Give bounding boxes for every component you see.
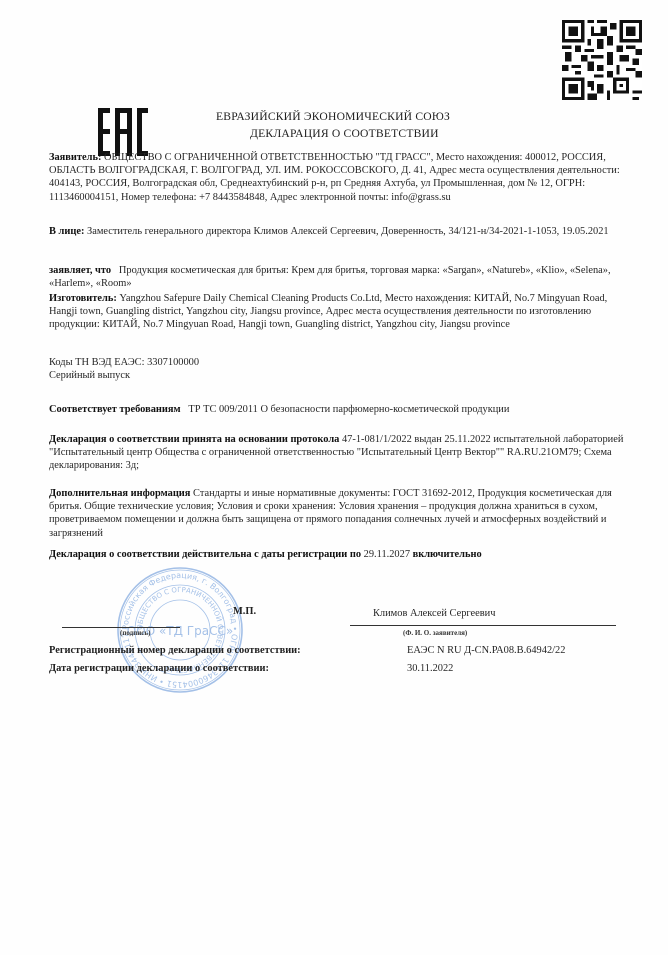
declares-section: заявляет, что Продукция косметическая дл… xyxy=(49,264,629,290)
registration-number-value: ЕАЭС N RU Д-CN.РА08.В.64942/22 xyxy=(407,645,565,656)
seal-place-label: М.П. xyxy=(233,606,256,617)
applicant-name: Климов Алексей Сергеевич xyxy=(373,608,495,619)
document-title: ДЕКЛАРАЦИЯ О СООТВЕТСТВИИ xyxy=(250,127,439,140)
hs-codes: Коды ТН ВЭД ЕАЭС: 3307100000 xyxy=(49,356,629,369)
basis-label: Декларация о соответствии принята на осн… xyxy=(49,434,339,445)
additional-info-label: Дополнительная информация xyxy=(49,488,190,499)
manufacturer-text: Yangzhou Safepure Daily Chemical Cleanin… xyxy=(49,293,607,330)
product-text: Продукция косметическая для бритья: Крем… xyxy=(49,265,611,289)
qr-code-icon xyxy=(562,20,642,100)
conformity-label: Соответствует требованиям xyxy=(49,404,181,415)
representative-section: В лице: Заместитель генерального директо… xyxy=(49,225,629,238)
additional-info-section: Дополнительная информация Стандарты и ин… xyxy=(49,487,629,540)
basis-section: Декларация о соответствии принята на осн… xyxy=(49,433,629,473)
union-title: ЕВРАЗИЙСКИЙ ЭКОНОМИЧЕСКИЙ СОЮЗ xyxy=(216,110,506,123)
name-caption: (Ф. И. О. заявителя) xyxy=(403,629,467,637)
registration-date-label: Дата регистрации декларации о соответств… xyxy=(49,663,269,674)
registration-number-label: Регистрационный номер декларации о соотв… xyxy=(49,645,301,656)
applicant-section: Заявитель: ОБЩЕСТВО С ОГРАНИЧЕННОЙ ОТВЕТ… xyxy=(49,151,629,204)
signature-line xyxy=(62,627,180,628)
conformity-text: ТР ТС 009/2011 О безопасности парфюмерно… xyxy=(188,404,509,415)
representative-label: В лице: xyxy=(49,226,84,237)
manufacturer-label: Изготовитель: xyxy=(49,293,117,304)
declares-label: заявляет, что xyxy=(49,265,111,276)
validity-label: Декларация о соответствии действительна … xyxy=(49,549,361,560)
validity-date: 29.11.2027 xyxy=(364,549,410,560)
serial-release: Серийный выпуск xyxy=(49,369,629,382)
validity-suffix: включительно xyxy=(413,549,482,560)
applicant-text: ОБЩЕСТВО С ОГРАНИЧЕННОЙ ОТВЕТСТВЕННОСТЬЮ… xyxy=(49,152,620,203)
name-line xyxy=(350,625,616,626)
applicant-label: Заявитель: xyxy=(49,152,101,163)
declaration-page: ЕВРАЗИЙСКИЙ ЭКОНОМИЧЕСКИЙ СОЮЗ ДЕКЛАРАЦИ… xyxy=(0,0,668,955)
manufacturer-section: Изготовитель: Yangzhou Safepure Daily Ch… xyxy=(49,292,629,332)
conformity-section: Соответствует требованиям ТР ТС 009/2011… xyxy=(49,403,629,416)
representative-text: Заместитель генерального директора Климо… xyxy=(87,226,609,237)
signature-caption: (подпись) xyxy=(120,629,150,637)
registration-date-value: 30.11.2022 xyxy=(407,663,453,674)
validity-section: Декларация о соответствии действительна … xyxy=(49,548,629,561)
